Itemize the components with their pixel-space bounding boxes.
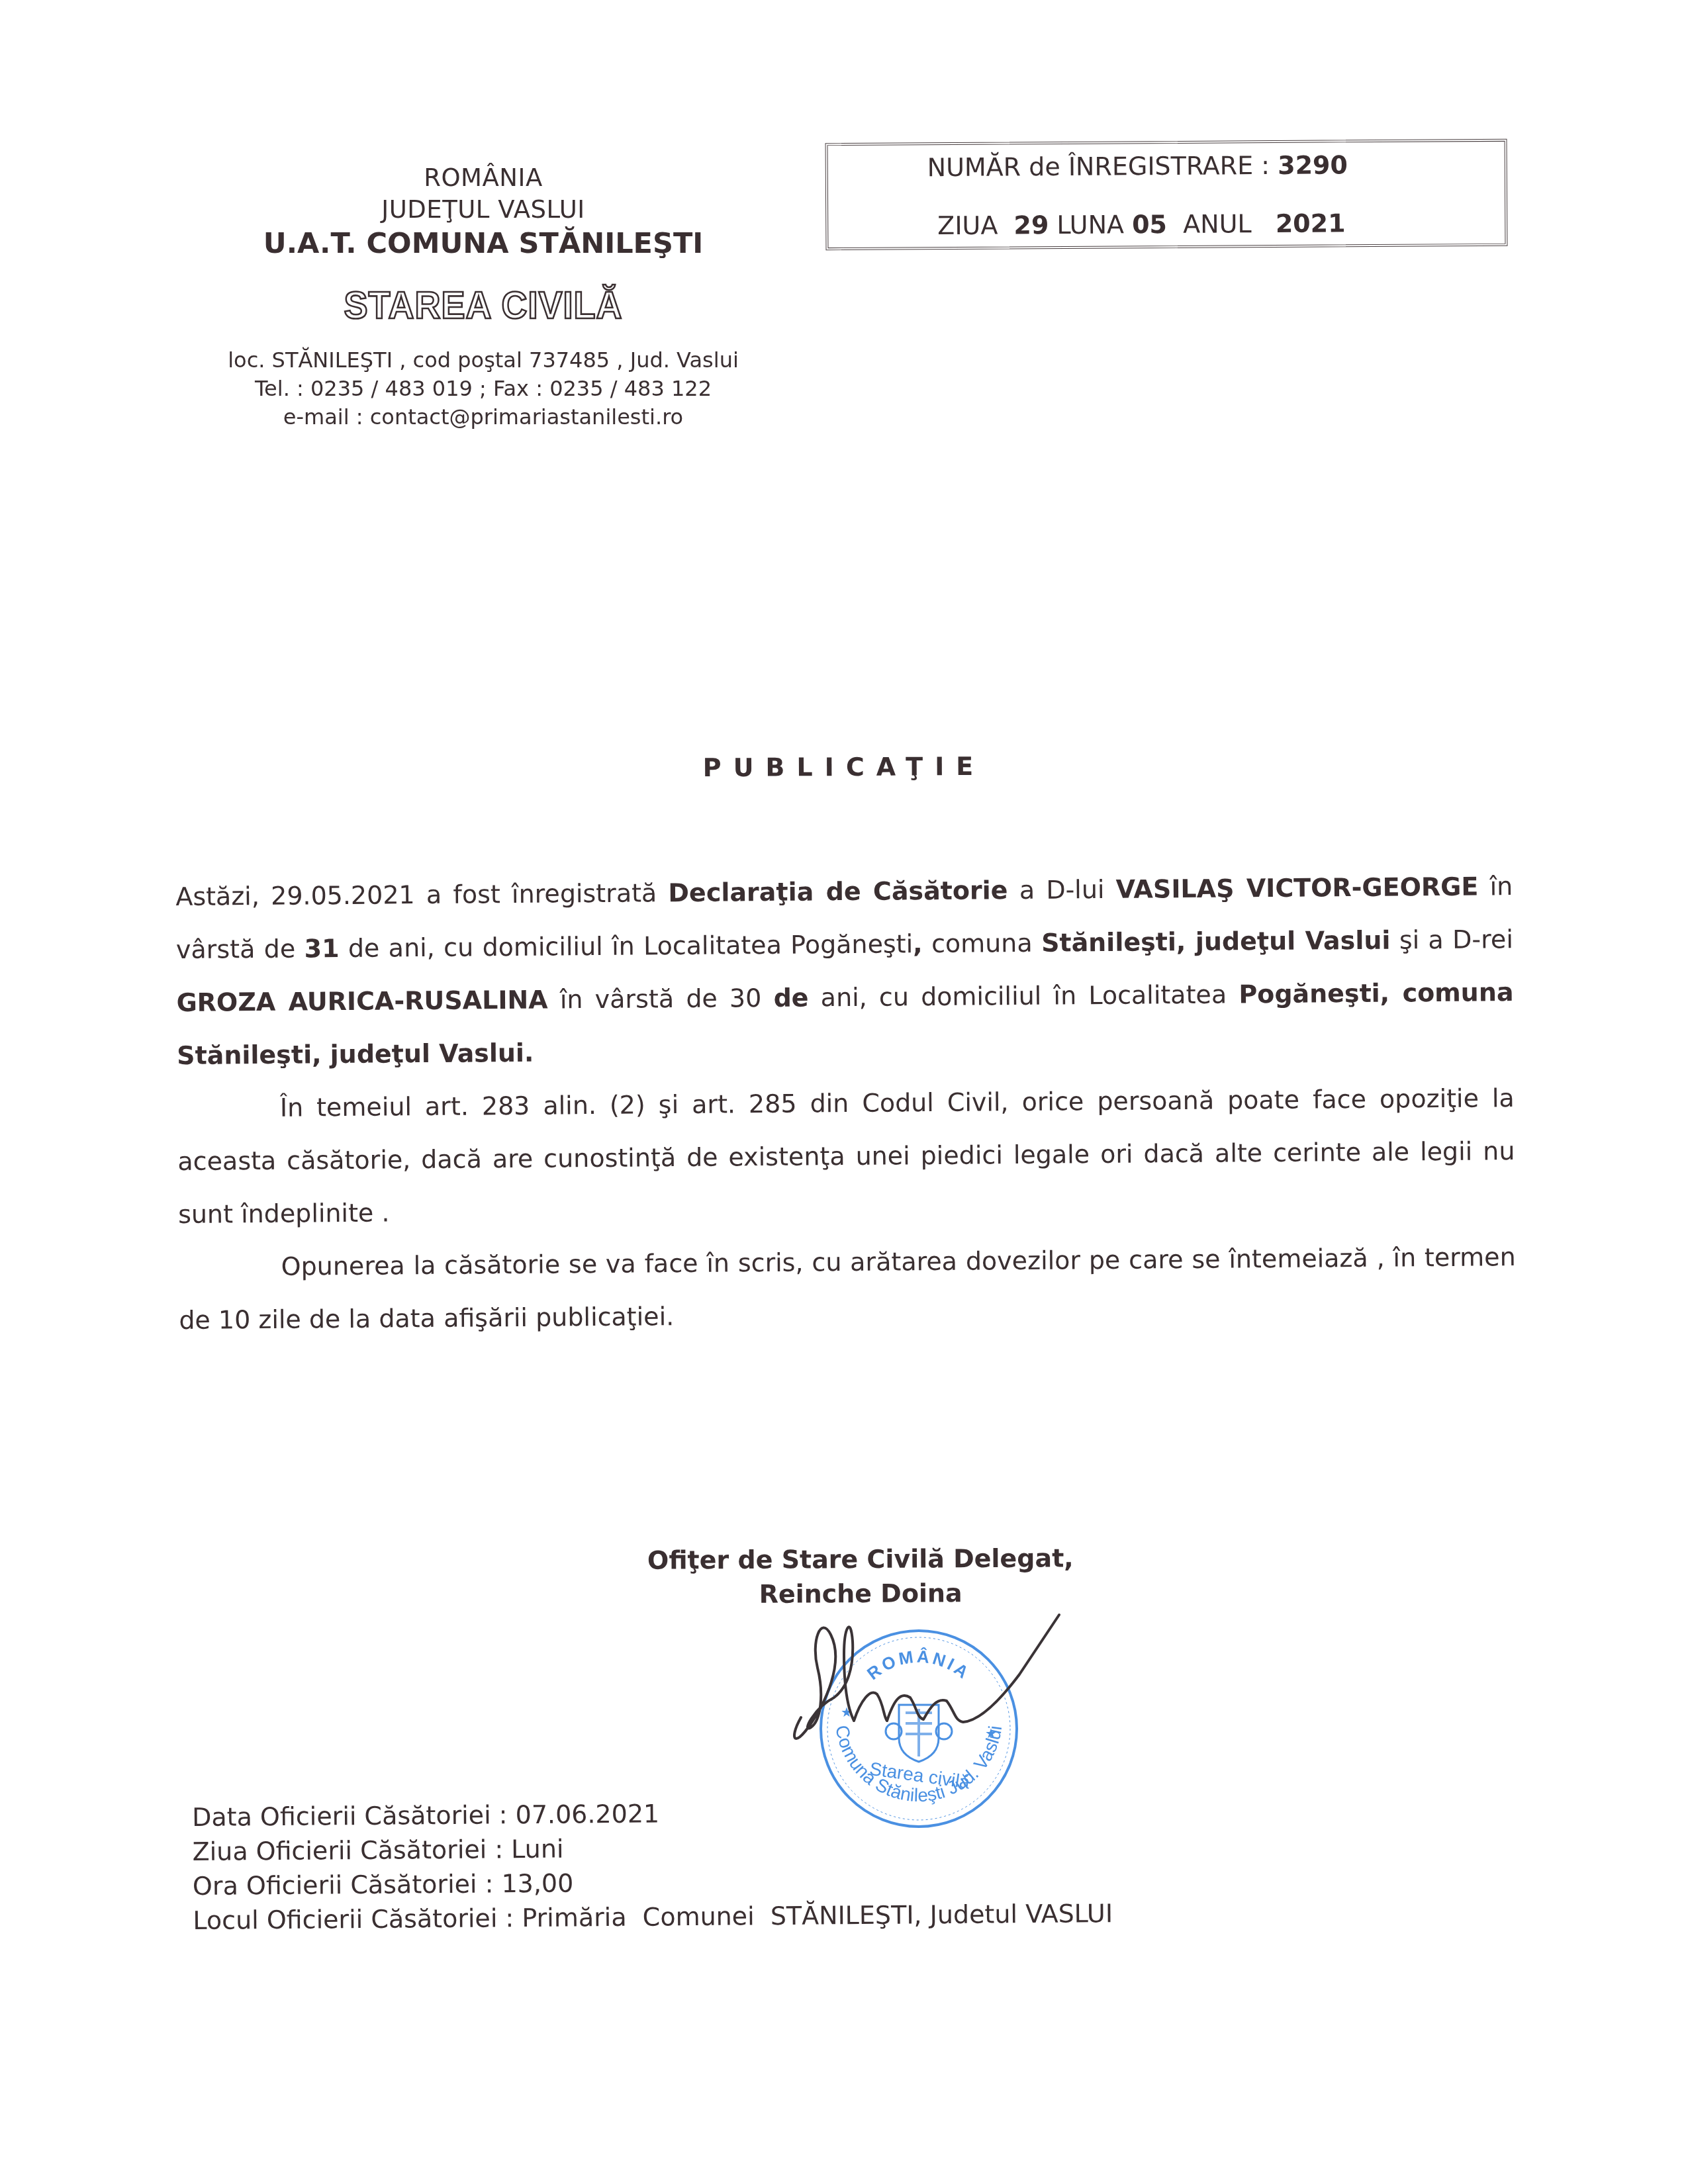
county: JUDEŢUL VASLUI bbox=[165, 194, 801, 226]
text: de ani, cu domiciliul în Localitatea Pog… bbox=[339, 929, 913, 963]
day-label: ZIUA bbox=[937, 211, 998, 241]
country: ROMÂNIA bbox=[165, 162, 801, 194]
bride-name: GROZA AURICA-RUSALINA bbox=[176, 985, 547, 1017]
groom-commune: Stănileşti, judeţul Vaslui bbox=[1041, 926, 1391, 958]
paragraph-legal-basis: În temeiul art. 283 alin. (2) şi art. 28… bbox=[177, 1071, 1516, 1241]
registration-box: NUMĂR de ÎNREGISTRARE : 3290 ZIUA 29 LUN… bbox=[825, 139, 1508, 250]
groom-name: VASILAŞ VICTOR-GEORGE bbox=[1116, 872, 1479, 904]
ceremony-location: Locul Oficierii Căsătoriei : Primăria Co… bbox=[193, 1896, 1113, 1938]
contact-block: loc. STĂNILEŞTI , cod poştal 737485 , Ju… bbox=[165, 346, 801, 432]
month-value: 05 bbox=[1132, 210, 1167, 239]
ceremony-details: Data Oficierii Căsătoriei : 07.06.2021 Z… bbox=[192, 1793, 1113, 1938]
phone-fax: Tel. : 0235 / 483 019 ; Fax : 0235 / 483… bbox=[165, 375, 801, 403]
text: a D-lui bbox=[1008, 875, 1115, 905]
month-label: LUNA bbox=[1056, 210, 1124, 240]
signatory-role: Ofiţer de Stare Civilă Delegat, bbox=[596, 1541, 1125, 1578]
text: de bbox=[773, 983, 808, 1012]
department-title: STAREA CIVILĂ bbox=[165, 284, 801, 327]
text: ani, cu domiciliul în Localitatea bbox=[808, 979, 1239, 1012]
institution-header: ROMÂNIA JUDEŢUL VASLUI U.A.T. COMUNA STĂ… bbox=[165, 162, 801, 432]
registration-number-label: NUMĂR de ÎNREGISTRARE : bbox=[927, 151, 1270, 182]
document-title: PUBLICAŢIE bbox=[0, 748, 1688, 786]
year-label: ANUL bbox=[1183, 209, 1252, 239]
document-body: Astăzi, 29.05.2021 a fost înregistrată D… bbox=[175, 860, 1517, 1347]
text: , bbox=[913, 929, 923, 958]
year-value: 2021 bbox=[1276, 208, 1346, 238]
text: comuna bbox=[922, 929, 1041, 958]
registration-date-line: ZIUA 29 LUNA 05 ANUL 2021 bbox=[937, 208, 1346, 240]
email: e-mail : contact@primariastanilesti.ro bbox=[165, 403, 801, 432]
text: şi a D-rei bbox=[1390, 925, 1513, 954]
paragraph-opposition: Opunerea la căsătorie se va face în scri… bbox=[178, 1230, 1516, 1347]
registration-number: 3290 bbox=[1278, 150, 1348, 180]
institution-name: U.A.T. COMUNA STĂNILEŞTI bbox=[165, 226, 801, 261]
groom-age: 31 bbox=[304, 934, 339, 963]
paragraph-declaration: Astăzi, 29.05.2021 a fost înregistrată D… bbox=[175, 860, 1514, 1082]
day-value: 29 bbox=[1013, 210, 1049, 240]
declaration-title: Declaraţia de Căsătorie bbox=[668, 876, 1008, 907]
handwritten-signature-icon bbox=[781, 1588, 1072, 1760]
registration-number-line: NUMĂR de ÎNREGISTRARE : 3290 bbox=[927, 150, 1348, 182]
address: loc. STĂNILEŞTI , cod poştal 737485 , Ju… bbox=[165, 346, 801, 375]
text: Astăzi, 29.05.2021 a fost înregistrată bbox=[175, 878, 669, 911]
text: în vârstă de 30 bbox=[547, 983, 773, 1015]
